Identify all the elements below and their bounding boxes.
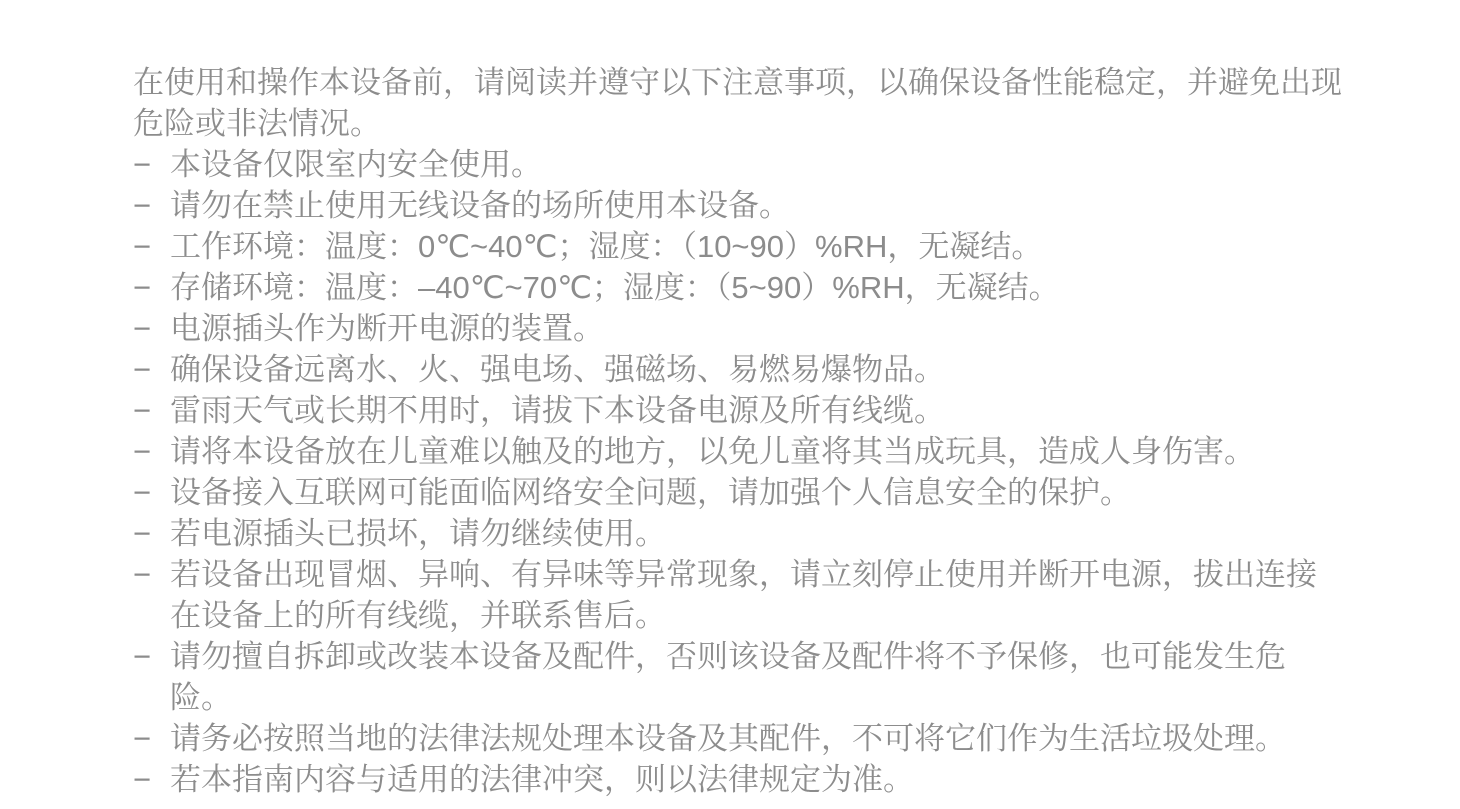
dash-bullet-icon: − <box>133 513 170 554</box>
dash-bullet-icon: − <box>133 226 170 267</box>
list-item: −若电源插头已损坏，请勿继续使用。 <box>133 513 1343 554</box>
list-item: −设备接入互联网可能面临网络安全问题，请加强个人信息安全的保护。 <box>133 472 1343 513</box>
list-item: −若设备出现冒烟、异响、有异味等异常现象，请立刻停止使用并断开电源，拔出连接在设… <box>133 554 1343 636</box>
list-item: −雷雨天气或长期不用时，请拔下本设备电源及所有线缆。 <box>133 390 1343 431</box>
list-item-text: 请勿擅自拆卸或改装本设备及配件，否则该设备及配件将不予保修，也可能发生危险。 <box>170 639 1286 715</box>
dash-bullet-icon: − <box>133 144 170 185</box>
notice-list: −本设备仅限室内安全使用。 −请勿在禁止使用无线设备的场所使用本设备。 −工作环… <box>133 144 1343 800</box>
list-item-text: 存储环境：温度：–40℃~70℃；湿度：（5~90）%RH，无凝结。 <box>170 270 1060 305</box>
dash-bullet-icon: − <box>133 636 170 677</box>
list-item: −请勿在禁止使用无线设备的场所使用本设备。 <box>133 185 1343 226</box>
list-item: −请将本设备放在儿童难以触及的地方，以免儿童将其当成玩具，造成人身伤害。 <box>133 431 1343 472</box>
list-item: −若本指南内容与适用的法律冲突，则以法律规定为准。 <box>133 759 1343 800</box>
list-item: −本设备仅限室内安全使用。 <box>133 144 1343 185</box>
list-item: −确保设备远离水、火、强电场、强磁场、易燃易爆物品。 <box>133 349 1343 390</box>
list-item: −电源插头作为断开电源的装置。 <box>133 308 1343 349</box>
list-item-text: 若电源插头已损坏，请勿继续使用。 <box>170 516 666 551</box>
list-item-text: 请勿在禁止使用无线设备的场所使用本设备。 <box>170 188 790 223</box>
list-item-text: 请务必按照当地的法律法规处理本设备及其配件，不可将它们作为生活垃圾处理。 <box>170 721 1286 756</box>
dash-bullet-icon: − <box>133 718 170 759</box>
list-item: −请务必按照当地的法律法规处理本设备及其配件，不可将它们作为生活垃圾处理。 <box>133 718 1343 759</box>
list-item-text: 若设备出现冒烟、异响、有异味等异常现象，请立刻停止使用并断开电源，拔出连接在设备… <box>170 557 1317 633</box>
dash-bullet-icon: − <box>133 431 170 472</box>
dash-bullet-icon: − <box>133 185 170 226</box>
list-item-text: 工作环境：温度：0℃~40℃；湿度：（10~90）%RH，无凝结。 <box>170 229 1042 264</box>
list-item-text: 雷雨天气或长期不用时，请拔下本设备电源及所有线缆。 <box>170 393 945 428</box>
dash-bullet-icon: − <box>133 472 170 513</box>
dash-bullet-icon: − <box>133 390 170 431</box>
list-item-text: 若本指南内容与适用的法律冲突，则以法律规定为准。 <box>170 762 914 797</box>
list-item-text: 电源插头作为断开电源的装置。 <box>170 311 604 346</box>
list-item-text: 本设备仅限室内安全使用。 <box>170 147 542 182</box>
notice-text-block: 在使用和操作本设备前，请阅读并遵守以下注意事项，以确保设备性能稳定，并避免出现危… <box>133 62 1343 800</box>
dash-bullet-icon: − <box>133 554 170 595</box>
dash-bullet-icon: − <box>133 267 170 308</box>
dash-bullet-icon: − <box>133 308 170 349</box>
list-item: −存储环境：温度：–40℃~70℃；湿度：（5~90）%RH，无凝结。 <box>133 267 1343 308</box>
dash-bullet-icon: − <box>133 349 170 390</box>
list-item: −工作环境：温度：0℃~40℃；湿度：（10~90）%RH，无凝结。 <box>133 226 1343 267</box>
intro-paragraph: 在使用和操作本设备前，请阅读并遵守以下注意事项，以确保设备性能稳定，并避免出现危… <box>133 62 1343 144</box>
dash-bullet-icon: − <box>133 759 170 800</box>
list-item-text: 确保设备远离水、火、强电场、强磁场、易燃易爆物品。 <box>170 352 945 387</box>
list-item-text: 请将本设备放在儿童难以触及的地方，以免儿童将其当成玩具，造成人身伤害。 <box>170 434 1255 469</box>
list-item-text: 设备接入互联网可能面临网络安全问题，请加强个人信息安全的保护。 <box>170 475 1131 510</box>
list-item: −请勿擅自拆卸或改装本设备及配件，否则该设备及配件将不予保修，也可能发生危险。 <box>133 636 1343 718</box>
